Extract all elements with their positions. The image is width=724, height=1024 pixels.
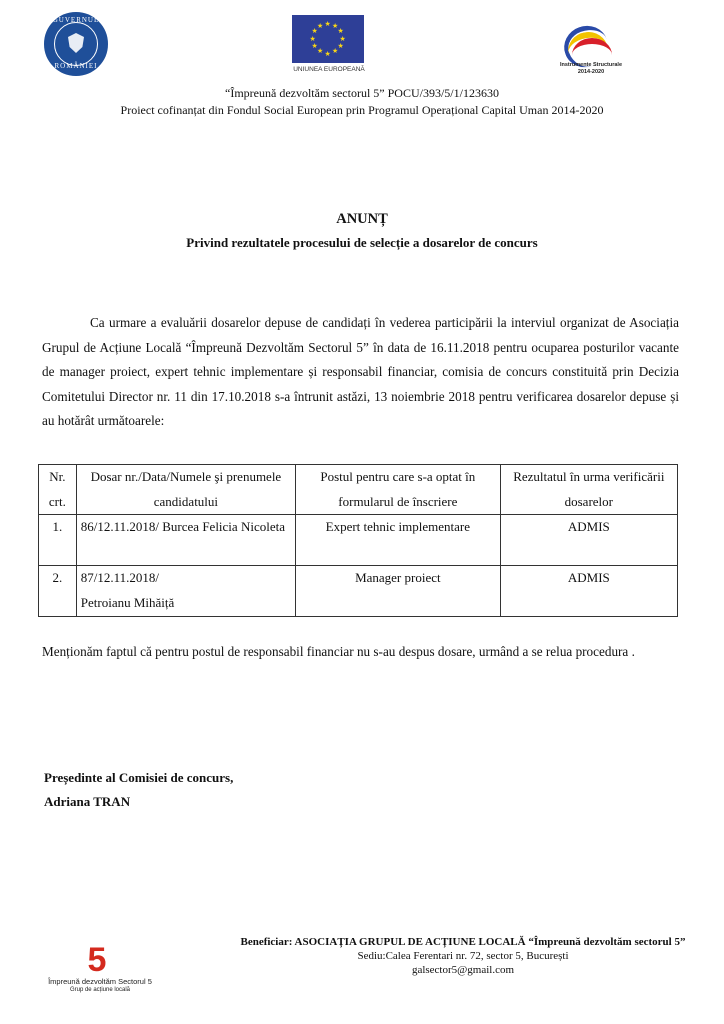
cell-nr: 1.: [39, 515, 77, 566]
instrumente-structurale-icon: [560, 12, 620, 62]
gal-logo-line2: Grup de acțiune locală: [30, 987, 170, 993]
eu-star-icon: ★: [310, 36, 316, 43]
is-label-line2: 2014-2020: [548, 69, 634, 76]
eu-star-icon: ★: [337, 43, 343, 50]
romanian-government-seal-icon: GUVERNUL ROMÂNIEI: [44, 12, 108, 76]
signature-name: Adriana TRAN: [44, 794, 130, 810]
table-header-row: Nr. crt. Dosar nr./Data/Numele şi prenum…: [39, 465, 678, 515]
header-nr: Nr. crt.: [39, 465, 77, 515]
cell-post: Manager proiect: [296, 566, 501, 617]
eu-star-icon: ★: [312, 43, 318, 50]
signature-role: Președinte al Comisiei de concurs,: [44, 770, 233, 786]
eu-star-icon: ★: [325, 51, 331, 58]
header-dosar: Dosar nr./Data/Numele şi prenumele candi…: [76, 465, 295, 515]
page-subtitle: Privind rezultatele procesului de selecț…: [0, 235, 724, 251]
cell-rezultat: ADMIS: [500, 515, 677, 566]
header-rezultat: Rezultatul în urma verificării dosarelor: [500, 465, 677, 515]
cell-nr: 2.: [39, 566, 77, 617]
page-title: ANUNȚ: [0, 211, 724, 228]
note-paragraph: Menționăm faptul că pentru postul de res…: [42, 640, 679, 665]
cell-dosar-text: 87/12.11.2018/ Petroianu Mihăiță: [81, 566, 201, 615]
is-label-line1: Instrumente Structurale: [548, 62, 634, 69]
gal-logo-line1: Împreună dezvoltăm Sectorul 5: [30, 977, 170, 986]
table-row: 1. 86/12.11.2018/ Burcea Felicia Nicolet…: [39, 515, 678, 566]
project-line: “Împreună dezvoltăm sectorul 5” POCU/393…: [0, 86, 724, 101]
header-post: Postul pentru care s-a optat în formular…: [296, 465, 501, 515]
footer-address: Sediu:Calea Ferentari nr. 72, sector 5, …: [226, 950, 700, 962]
eu-label: UNIUNEA EUROPEANĂ: [284, 66, 374, 73]
eu-star-icon: ★: [317, 23, 323, 30]
eu-flag-icon: ★★★★★★★★★★★★: [292, 15, 364, 63]
instrumente-structurale-label: Instrumente Structurale 2014-2020: [548, 62, 634, 76]
cell-rezultat: ADMIS: [500, 566, 677, 617]
cell-dosar: 87/12.11.2018/ Petroianu Mihăiță: [76, 566, 295, 617]
eu-star-icon: ★: [337, 28, 343, 35]
eu-star-icon: ★: [317, 48, 323, 55]
table-row: 2. 87/12.11.2018/ Petroianu Mihăiță Mana…: [39, 566, 678, 617]
eu-star-icon: ★: [325, 21, 331, 28]
cell-dosar: 86/12.11.2018/ Burcea Felicia Nicoleta: [76, 515, 295, 566]
intro-paragraph: Ca urmare a evaluării dosarelor depuse d…: [42, 311, 679, 434]
seal-bottom-text: ROMÂNIEI: [46, 62, 106, 70]
footer-email[interactable]: galsector5@gmail.com: [226, 964, 700, 976]
gal-sector5-logo-icon: 5: [82, 945, 112, 975]
intro-text: Ca urmare a evaluării dosarelor depuse d…: [42, 315, 679, 428]
eu-star-icon: ★: [332, 48, 338, 55]
cell-post: Expert tehnic implementare: [296, 515, 501, 566]
footer-beneficiary: Beneficiar: ASOCIAȚIA GRUPUL DE ACȚIUNE …: [226, 936, 700, 948]
funding-line: Proiect cofinanțat din Fondul Social Eur…: [0, 103, 724, 118]
results-table: Nr. crt. Dosar nr./Data/Numele şi prenum…: [38, 464, 678, 617]
